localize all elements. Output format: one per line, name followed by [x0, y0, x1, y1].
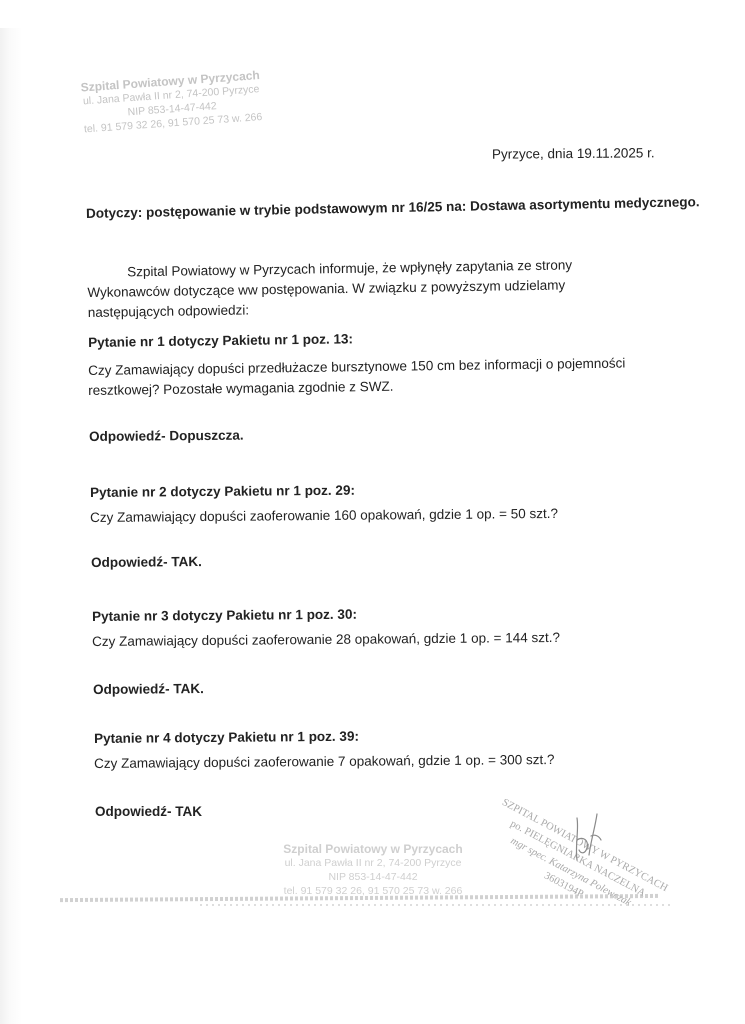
- answer-1: Odpowiedź- Dopuszcza.: [89, 426, 244, 447]
- subject-line: Dotyczy: postępowanie w trybie podstawow…: [86, 194, 700, 221]
- footer-stamp-name: Szpital Powiatowy w Pyrzycach: [268, 842, 478, 856]
- header-stamp: Szpital Powiatowy w Pyrzycach ul. Jana P…: [60, 67, 283, 138]
- question-2-text: Czy Zamawiający dopuści zaoferowanie 160…: [90, 504, 558, 528]
- intro-text: Szpital Powiatowy w Pyrzycach informuje,…: [87, 257, 572, 320]
- question-2-title: Pytanie nr 2 dotyczy Pakietu nr 1 poz. 2…: [90, 481, 355, 503]
- question-3-text: Czy Zamawiający dopuści zaoferowanie 28 …: [92, 628, 560, 652]
- footer-stamp: Szpital Powiatowy w Pyrzycach ul. Jana P…: [268, 842, 478, 898]
- page-top-margin: [0, 0, 745, 28]
- footer-divider-secondary: [200, 904, 670, 906]
- footer-divider: [60, 894, 660, 902]
- question-4-text: Czy Zamawiający dopuści zaoferowanie 7 o…: [94, 750, 555, 774]
- footer-stamp-nip: NIP 853-14-47-442: [268, 870, 478, 884]
- handwritten-signature-icon: [565, 810, 605, 865]
- question-1-text-line2: resztkowej? Pozostałe wymagania zgodnie …: [88, 377, 394, 401]
- footer-stamp-address: ul. Jana Pawła II nr 2, 74-200 Pyrzyce: [268, 856, 478, 870]
- date-line: Pyrzyce, dnia 19.11.2025 r.: [492, 145, 655, 161]
- intro-paragraph: Szpital Powiatowy w Pyrzycach informuje,…: [87, 254, 648, 323]
- answer-2: Odpowiedź- TAK.: [91, 552, 202, 573]
- question-1-title: Pytanie nr 1 dotyczy Pakietu nr 1 poz. 1…: [88, 329, 353, 353]
- answer-3: Odpowiedź- TAK.: [93, 679, 204, 700]
- scanned-page: Szpital Powiatowy w Pyrzycach ul. Jana P…: [0, 0, 745, 1024]
- answer-4: Odpowiedź- TAK: [95, 802, 202, 822]
- question-3-title: Pytanie nr 3 dotyczy Pakietu nr 1 poz. 3…: [92, 605, 357, 627]
- question-4-title: Pytanie nr 4 dotyczy Pakietu nr 1 poz. 3…: [94, 727, 359, 749]
